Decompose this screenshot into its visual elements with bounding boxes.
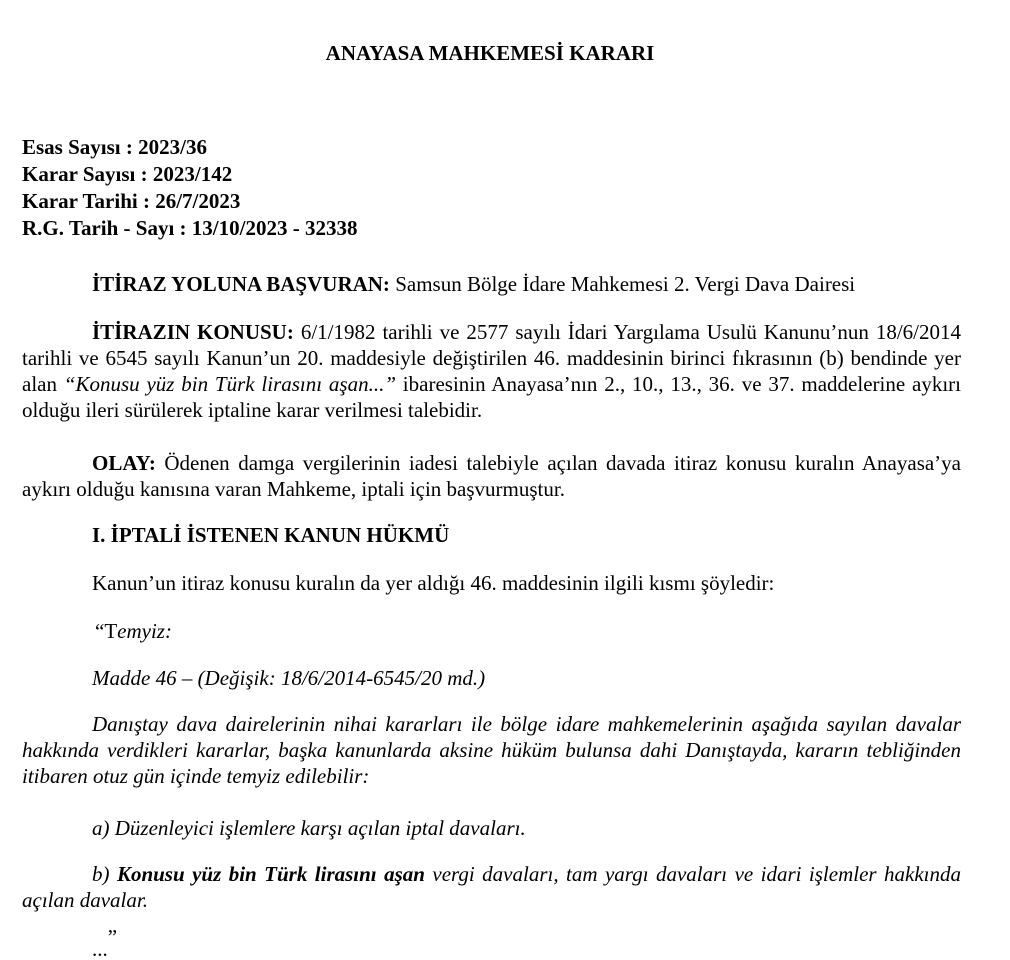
- document-title: ANAYASA MAHKEMESİ KARARI: [0, 40, 980, 66]
- subject-quote: “Konusu yüz bin Türk lirasını aşan...”: [64, 372, 396, 396]
- section-heading: I. İPTALİ İSTENEN KANUN HÜKMÜ: [22, 522, 961, 548]
- item-a: a) Düzenleyici işlemlere karşı açılan ip…: [22, 815, 961, 841]
- official-gazette-date-number: R.G. Tarih - Sayı : 13/10/2023 - 32338: [22, 215, 357, 242]
- decision-date: Karar Tarihi : 26/7/2023: [22, 188, 357, 215]
- quote-heading-text: emyiz:: [117, 619, 172, 643]
- quote-open: “T: [95, 619, 117, 643]
- event-label: OLAY:: [92, 451, 156, 475]
- applicant-label: İTİRAZ YOLUNA BAŞVURAN:: [92, 272, 390, 296]
- applicant-text: Samsun Bölge İdare Mahkemesi 2. Vergi Da…: [390, 272, 855, 296]
- decision-number: Karar Sayısı : 2023/142: [22, 161, 357, 188]
- article-body: Danıştay dava dairelerinin nihai kararla…: [22, 711, 961, 789]
- quote-end: ...”: [92, 930, 192, 948]
- event-paragraph: OLAY: Ödenen damga vergilerinin iadesi t…: [22, 450, 961, 502]
- event-text: Ödenen damga vergilerinin iadesi talebiy…: [22, 451, 961, 501]
- case-number: Esas Sayısı : 2023/36: [22, 134, 357, 161]
- ellipsis: ...: [92, 937, 108, 960]
- applicant-paragraph: İTİRAZ YOLUNA BAŞVURAN: Samsun Bölge İda…: [22, 271, 961, 297]
- item-b-prefix: b): [92, 862, 117, 886]
- decision-metadata: Esas Sayısı : 2023/36 Karar Sayısı : 202…: [22, 134, 357, 242]
- subject-paragraph: İTİRAZIN KONUSU: 6/1/1982 tarihli ve 257…: [22, 319, 961, 423]
- quote-heading: “Temyiz:: [95, 618, 955, 644]
- subject-label: İTİRAZIN KONUSU:: [92, 320, 294, 344]
- item-b-bold: Konusu yüz bin Türk lirasını aşan: [117, 862, 425, 886]
- document-page: ANAYASA MAHKEMESİ KARARI Esas Sayısı : 2…: [0, 0, 1010, 960]
- closing-quote: ”: [108, 925, 117, 949]
- article-line: Madde 46 – (Değişik: 18/6/2014-6545/20 m…: [22, 665, 961, 691]
- intro-paragraph: Kanun’un itiraz konusu kuralın da yer al…: [22, 570, 961, 596]
- item-b: b) Konusu yüz bin Türk lirasını aşan ver…: [22, 861, 961, 913]
